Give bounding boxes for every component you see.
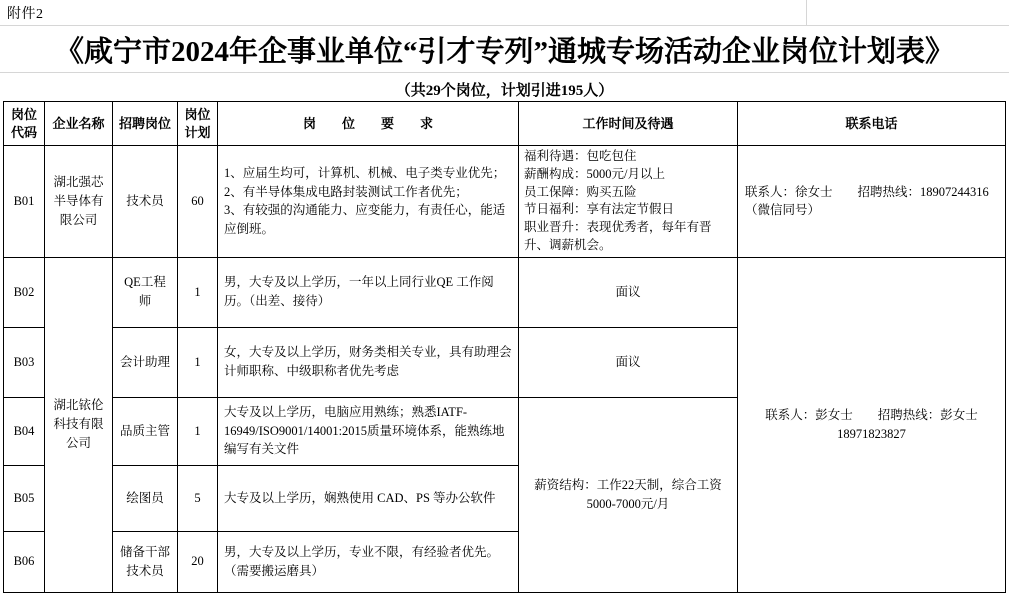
header-plan-count: 岗位 计划 [178,102,218,146]
cell-plan-count: 20 [178,531,218,592]
cell-company-name: 湖北强芯半导体有限公司 [45,146,113,258]
cell-requirements: 大专及以上学历，电脑应用熟练；熟悉IATF-16949/ISO9001/1400… [218,397,519,465]
gridline-horizontal [0,25,1009,26]
cell-requirements: 大专及以上学历，娴熟使用 CAD、PS 等办公软件 [218,465,519,531]
cell-treatment: 福利待遇：包吃包住 薪酬构成：5000元/月以上 员工保障：购买五险 节日福利：… [519,146,738,258]
gridline-horizontal [0,72,1009,73]
page-subtitle: （共29个岗位，计划引进195人） [0,79,1009,100]
cell-recruit-position: 绘图员 [113,465,178,531]
cell-recruit-position: 会计助理 [113,327,178,397]
cell-treatment: 薪资结构：工作22天制，综合工资 5000-7000元/月 [519,397,738,592]
cell-position-code: B06 [4,531,45,592]
cell-contact: 联系人：彭女士 招聘热线：彭女士 18971823827 [738,257,1006,592]
cell-contact: 联系人：徐女士 招聘热线：18907244316 （微信同号） [738,146,1006,258]
cell-plan-count: 60 [178,146,218,258]
cell-recruit-position: 品质主管 [113,397,178,465]
header-position-code: 岗位 代码 [4,102,45,146]
header-company-name: 企业名称 [45,102,113,146]
job-plan-table: 岗位 代码 企业名称 招聘岗位 岗位 计划 岗 位 要 求 工作时间及待遇 联系… [3,101,1006,593]
cell-plan-count: 1 [178,327,218,397]
gridline-vertical [806,0,807,25]
cell-position-code: B04 [4,397,45,465]
cell-plan-count: 5 [178,465,218,531]
cell-treatment: 面议 [519,257,738,327]
cell-company-name: 湖北铱伦科技有限公司 [45,257,113,592]
cell-plan-count: 1 [178,257,218,327]
cell-recruit-position: 技术员 [113,146,178,258]
cell-recruit-position: 储备干部 技术员 [113,531,178,592]
cell-requirements: 女，大专及以上学历，财务类相关专业，具有助理会计师职称、中级职称者优先考虑 [218,327,519,397]
cell-position-code: B01 [4,146,45,258]
cell-requirements: 男，大专及以上学历，一年以上同行业QE 工作阅历。（出差、接待） [218,257,519,327]
cell-requirements: 1、应届生均可，计算机、机械、电子类专业优先； 2、有半导体集成电路封装测试工作… [218,146,519,258]
page-title: 《咸宁市2024年企事业单位“引才专列”通城专场活动企业岗位计划表》 [0,29,1009,70]
header-recruit-position: 招聘岗位 [113,102,178,146]
cell-position-code: B02 [4,257,45,327]
table-row-b01: B01 湖北强芯半导体有限公司 技术员 60 1、应届生均可，计算机、机械、电子… [4,146,1006,258]
cell-position-code: B03 [4,327,45,397]
cell-treatment: 面议 [519,327,738,397]
cell-plan-count: 1 [178,397,218,465]
cell-position-code: B05 [4,465,45,531]
header-contact: 联系电话 [738,102,1006,146]
attachment-label: 附件2 [7,3,44,23]
header-requirements: 岗 位 要 求 [218,102,519,146]
table-header-row: 岗位 代码 企业名称 招聘岗位 岗位 计划 岗 位 要 求 工作时间及待遇 联系… [4,102,1006,146]
header-treatment: 工作时间及待遇 [519,102,738,146]
document-page: 附件2 《咸宁市2024年企事业单位“引才专列”通城专场活动企业岗位计划表》 （… [0,0,1009,597]
cell-requirements: 男，大专及以上学历，专业不限，有经验者优先。（需要搬运磨具） [218,531,519,592]
table-row-b02: B02 湖北铱伦科技有限公司 QE工程师 1 男，大专及以上学历，一年以上同行业… [4,257,1006,327]
cell-recruit-position: QE工程师 [113,257,178,327]
